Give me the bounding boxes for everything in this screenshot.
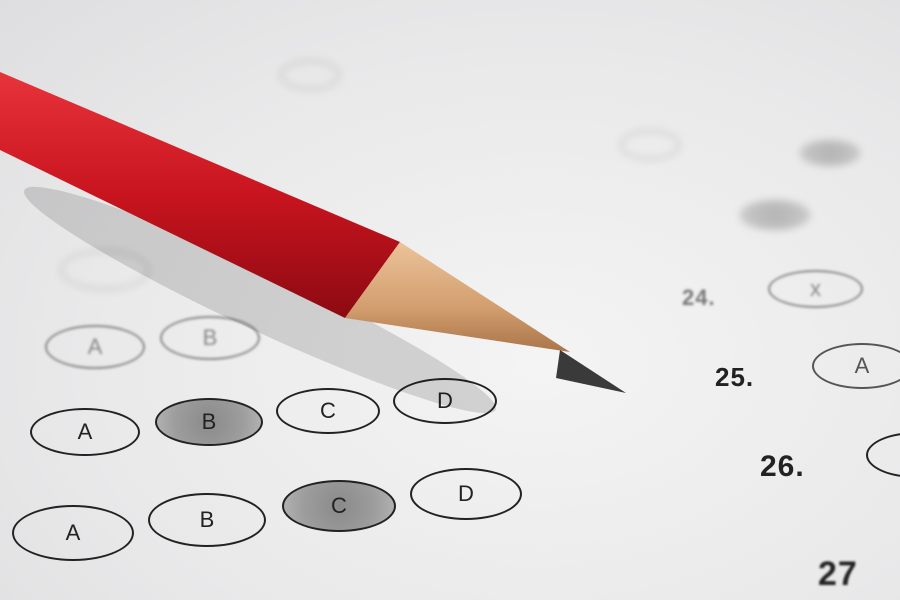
answer-sheet-photo: A B A B C D A B C D 24. x 25. A 26. 27 [0, 0, 900, 600]
red-pencil [0, 0, 900, 600]
pencil-graphite-point [556, 350, 626, 393]
